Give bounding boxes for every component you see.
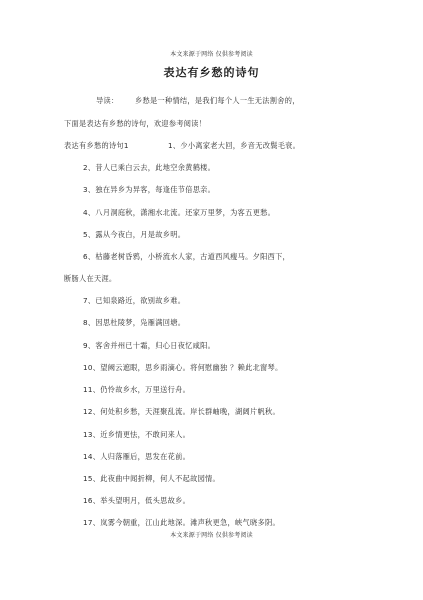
intro-label: 导读： [96,96,118,106]
intro-text: 乡愁是一种情结，是我们每个人一生无法割舍的， [135,96,300,106]
poem-line-4: 4、八月洞庭秋，潇湘水北流。还家万里梦，为客五更愁。 [83,208,275,218]
header-source-note: 本文来源于网络 仅供参考阅读 [0,49,423,58]
poem-line-1: 1、少小离家老大回，乡音无改鬓毛衰。 [168,141,300,151]
poem-line-12: 12、何处积乡愁，天涯聚乱流。岸长群岫晚，湖阔片帆秋。 [83,407,280,417]
poem-line-13: 13、近乡情更怯，不敢问来人。 [83,430,190,440]
poem-line-10: 10、望阙云遮眼，思乡雨滴心。将何慰幽独 ？赖此北窗琴。 [83,363,283,373]
poem-line-9: 9、客舍并州已十霜，归心日夜忆咸阳。 [83,341,215,351]
poem-line-6: 6、枯藤老树昏鸦，小桥流水人家，古道西风瘦马。夕阳西下， [83,252,290,262]
poem-line-5: 5、露从今夜白，月是故乡明。 [83,230,185,240]
section-label: 表达有乡愁的诗句1 [64,141,129,151]
intro-continuation: 下面是表达有乡愁的诗句，欢迎参考阅读！ [64,119,206,129]
poem-line-14: 14、人归落雁后，思发在花前。 [83,452,190,462]
document-page: 本文来源于网络 仅供参考阅读 表达有乡愁的诗句 导读： 乡愁是一种情结，是我们每… [0,0,423,600]
poem-line-8: 8、因思杜陵梦，凫雁满回塘。 [83,318,185,328]
poem-line-17: 17、岚雾今朝重，江山此地深。滩声秋更急，峡气晓多阴。 [83,518,280,528]
document-title: 表达有乡愁的诗句 [0,64,423,80]
poem-line-6-continuation: 断肠人在天涯。 [64,274,116,284]
footer-source-note: 本文来源于网络 仅供参考阅读 [0,530,423,539]
poem-line-7: 7、已知泉路近，欲别故乡难。 [83,296,185,306]
poem-line-15: 15、此夜曲中闻折柳，何人不起故园情。 [83,474,220,484]
poem-line-11: 11、仍怜故乡水，万里送行舟。 [83,385,190,395]
poem-line-16: 16、举头望明月，低头思故乡。 [83,496,190,506]
poem-line-3: 3、独在异乡为异客，每逢佳节倍思亲。 [83,185,215,195]
poem-line-2: 2、昔人已乘白云去，此地空余黄鹤楼。 [83,163,215,173]
